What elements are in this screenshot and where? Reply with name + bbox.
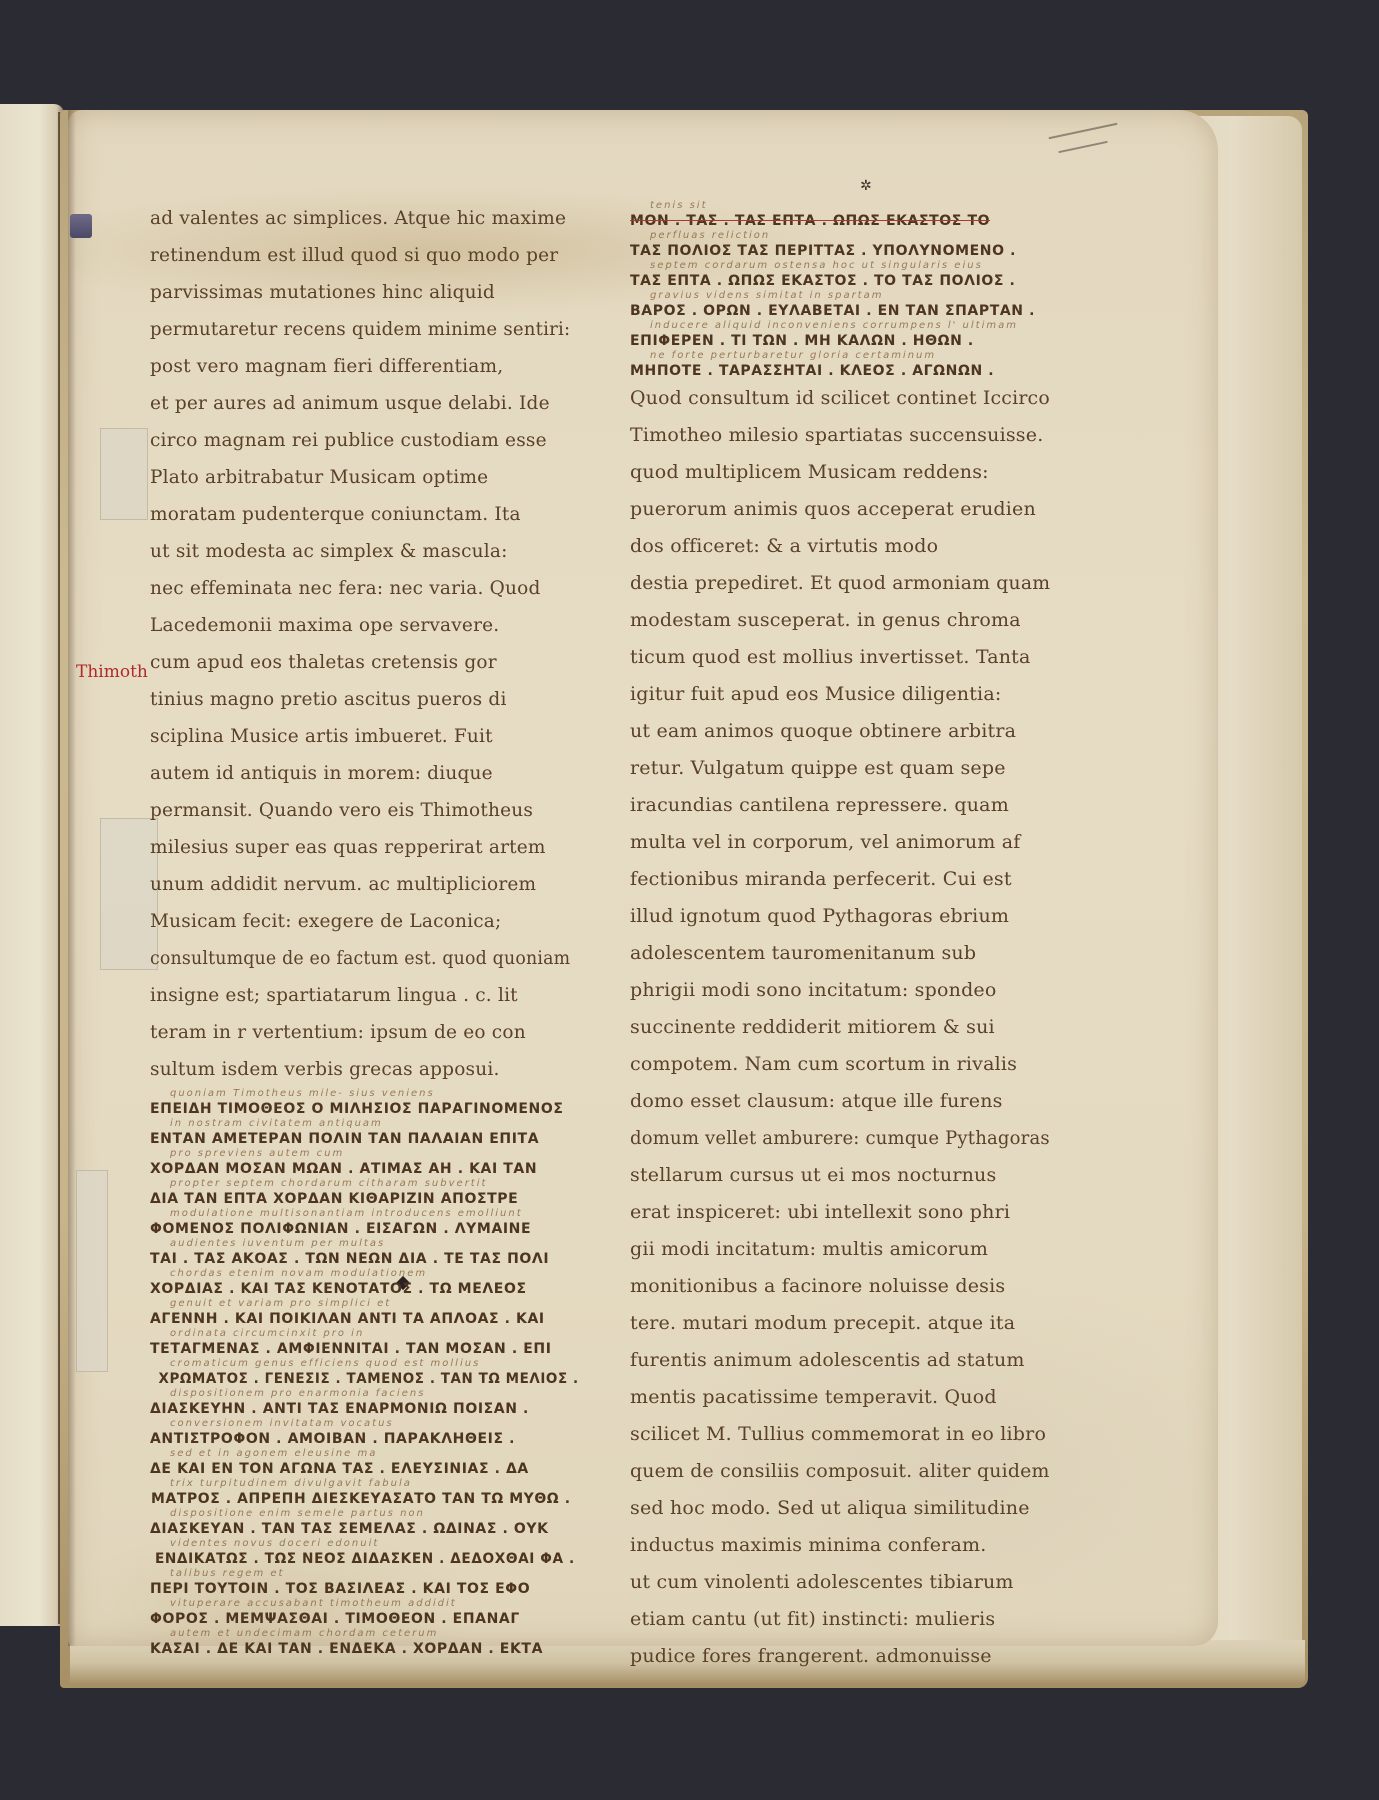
manuscript-line: ut eam animos quoque obtinere arbitra: [630, 713, 1050, 750]
manuscript-line: autem id antiquis in morem: diuque: [150, 755, 570, 792]
interlinear-gloss: dispositionem pro enarmonia faciens: [150, 1388, 570, 1400]
manuscript-line: multa vel in corporum, vel animorum af: [630, 824, 1050, 861]
interlinear-gloss: inducere aliquid inconveniens corrumpens…: [630, 320, 1050, 332]
greek-line: ΕΝΤΑΝ ΑΜΕΤΕΡΑΝ ΠΟΛΙΝ ΤΑΝ ΠΑΛΑΙΑΝ ΕΠΙΤΑ: [150, 1130, 570, 1148]
manuscript-line: nec effeminata nec fera: nec varia. Quod: [150, 570, 570, 607]
manuscript-line: Musicam fecit: exegere de Laconica;: [150, 903, 570, 940]
manuscript-line: ut sit modesta ac simplex & mascula:: [150, 533, 570, 570]
manuscript-line: circo magnam rei publice custodiam esse: [150, 422, 570, 459]
greek-line: ΔΙΑ ΤΑΝ ΕΠΤΑ ΧΟΡΔΑΝ ΚΙΘΑΡΙΖΙΝ ΑΠΟΣΤΡΕ: [150, 1190, 570, 1208]
greek-line: ΑΓΕΝΝΗ . ΚΑΙ ΠΟΙΚΙΛΑΝ ΑΝΤΙ ΤΑ ΑΠΛΟΑΣ . Κ…: [150, 1310, 570, 1328]
manuscript-line: succinente reddiderit mitiorem & sui: [630, 1009, 1050, 1046]
manuscript-line: domum vellet amburere: cumque Pythagoras: [630, 1120, 1050, 1157]
interlinear-gloss: vituperare accusabant timotheum addidit: [150, 1598, 570, 1610]
left-latin-text: ad valentes ac simplices. Atque hic maxi…: [150, 200, 570, 1088]
manuscript-line: Plato arbitrabatur Musicam optime: [150, 459, 570, 496]
manuscript-line: erat inspiceret: ubi intellexit sono phr…: [630, 1194, 1050, 1231]
manuscript-line: quem de consiliis composuit. aliter quid…: [630, 1453, 1050, 1490]
manuscript-line: permutaretur recens quidem minime sentir…: [150, 311, 570, 348]
bookmark-tab: [70, 214, 92, 238]
greek-line: ΠΕΡΙ ΤΟΥΤΟΙΝ . ΤΟΣ ΒΑΣΙΛΕΑΣ . ΚΑΙ ΤΟΣ ΕΦ…: [150, 1580, 570, 1598]
manuscript-line: domo esset clausum: atque ille furens: [630, 1083, 1050, 1120]
interlinear-gloss: videntes novus doceri edonuit: [150, 1538, 570, 1550]
interlinear-gloss: conversionem invitatam vocatus: [150, 1418, 570, 1430]
greek-line: ΚΑΣΑΙ . ΔΕ ΚΑΙ ΤΑΝ . ΕΝΔΕΚΑ . ΧΟΡΔΑΝ . Ε…: [150, 1640, 570, 1658]
manuscript-line: puerorum animis quos acceperat erudien: [630, 491, 1050, 528]
manuscript-line: adolescentem tauromenitanum sub: [630, 935, 1050, 972]
manuscript-line: sultum isdem verbis grecas apposui.: [150, 1051, 570, 1088]
interlinear-gloss: genuit et variam pro simplici et: [150, 1298, 570, 1310]
manuscript-line: unum addidit nervum. ac multipliciorem: [150, 866, 570, 903]
greek-line: ΦΟΡΟΣ . ΜΕΜΨΑΣΘΑΙ . ΤΙΜΟΘΕΟΝ . ΕΠΑΝΑΓ: [150, 1610, 570, 1628]
manuscript-photograph: ✲ Thimoth ad valentes ac simplices. Atqu…: [0, 0, 1379, 1800]
greek-line: ΧΡΩΜΑΤΟΣ . ΓΕΝΕΣΙΣ . ΤΑΜΕΝΟΣ . ΤΑΝ ΤΩ ΜΕ…: [159, 1370, 579, 1388]
interlinear-gloss: pro spreviens autem cum: [150, 1148, 570, 1160]
manuscript-line: gii modi incitatum: multis amicorum: [630, 1231, 1050, 1268]
greek-line: ΜΟΝ . ΤΑΣ . ΤΑΣ ΕΠΤΑ . ΩΠΩΣ ΕΚΑΣΤΟΣ ΤΟ: [630, 212, 1050, 230]
greek-line: ΕΝΔΙΚΑΤΩΣ . ΤΩΣ ΝΕΟΣ ΔΙΔΑΣΚΕΝ . ΔΕΔΟΧΘΑΙ…: [155, 1550, 575, 1568]
facing-page-edge: [0, 104, 64, 1626]
interlinear-gloss: dispositione enim semele partus non: [150, 1508, 570, 1520]
manuscript-line: quod multiplicem Musicam reddens:: [630, 454, 1050, 491]
interlinear-gloss: gravius videns simitat in spartam: [630, 290, 1050, 302]
manuscript-line: modestam susceperat. in genus chroma: [630, 602, 1050, 639]
manuscript-line: teram in r vertentium: ipsum de eo con: [150, 1014, 570, 1051]
manuscript-line: parvissimas mutationes hinc aliquid: [150, 274, 570, 311]
left-greek-passage: quoniam Timotheus mile- sius veniensΕΠΕΙ…: [150, 1088, 570, 1658]
manuscript-line: igitur fuit apud eos Musice diligentia:: [630, 676, 1050, 713]
interlinear-gloss: audientes iuventum per multas: [150, 1238, 570, 1250]
interlinear-gloss: autem et undecimam chordam ceterum: [150, 1628, 570, 1640]
manuscript-line: milesius super eas quas repperirat artem: [150, 829, 570, 866]
left-text-column: ad valentes ac simplices. Atque hic maxi…: [150, 200, 570, 1658]
manuscript-line: retinendum est illud quod si quo modo pe…: [150, 237, 570, 274]
manuscript-line: tere. mutari modum precepit. atque ita: [630, 1305, 1050, 1342]
manuscript-line: compotem. Nam cum scortum in rivalis: [630, 1046, 1050, 1083]
marginal-note: Thimoth: [76, 662, 148, 682]
right-latin-text: Quod consultum id scilicet continet Icci…: [630, 380, 1050, 1675]
greek-line: ΤΑΙ . ΤΑΣ ΑΚΟΑΣ . ΤΩΝ ΝΕΩΝ ΔΙΑ . ΤΕ ΤΑΣ …: [150, 1250, 570, 1268]
interlinear-gloss: perfluas reliction: [630, 230, 1050, 242]
manuscript-line: ad valentes ac simplices. Atque hic maxi…: [150, 200, 570, 237]
greek-line: ΤΑΣ ΕΠΤΑ . ΩΠΩΣ ΕΚΑΣΤΟΣ . ΤΟ ΤΑΣ ΠΟΛΙΟΣ …: [630, 272, 1050, 290]
manuscript-line: retur. Vulgatum quippe est quam sepe: [630, 750, 1050, 787]
manuscript-line: moratam pudenterque coniunctam. Ita: [150, 496, 570, 533]
right-greek-passage: tenis sitΜΟΝ . ΤΑΣ . ΤΑΣ ΕΠΤΑ . ΩΠΩΣ ΕΚΑ…: [630, 200, 1050, 380]
repair-patch: [76, 1170, 108, 1372]
interlinear-gloss: ne forte perturbaretur gloria certaminum: [630, 350, 1050, 362]
greek-line: ΧΟΡΔΑΝ ΜΟΣΑΝ ΜΩΑΝ . ΑΤΙΜΑΣ ΑΗ . ΚΑΙ ΤΑΝ: [150, 1160, 570, 1178]
interlinear-gloss: quoniam Timotheus mile- sius veniens: [150, 1088, 570, 1100]
greek-line: ΧΟΡΔΙΑΣ . ΚΑΙ ΤΑΣ ΚΕΝΟΤΑΤΟΣ . ΤΩ ΜΕΛΕΟΣ: [150, 1280, 570, 1298]
greek-line: ΑΝΤΙΣΤΡΟΦΟΝ . ΑΜΟΙΒΑΝ . ΠΑΡΑΚΛΗΘΕΙΣ .: [150, 1430, 570, 1448]
manuscript-line: etiam cantu (ut fit) instincti: mulieris: [630, 1601, 1050, 1638]
interlinear-gloss: chordas etenim novam modulationem: [150, 1268, 570, 1280]
greek-line: ΔΙΑΣΚΕΥΗΝ . ΑΝΤΙ ΤΑΣ ΕΝΑΡΜΟΝΙΩ ΠΟΙΣΑΝ .: [150, 1400, 570, 1418]
greek-line: ΤΕΤΑΓΜΕΝΑΣ . ΑΜΦΙΕΝΝΙΤΑΙ . ΤΑΝ ΜΟΣΑΝ . Ε…: [150, 1340, 570, 1358]
manuscript-line: Timotheo milesio spartiatas succensuisse…: [630, 417, 1050, 454]
manuscript-line: cum apud eos thaletas cretensis gor: [150, 644, 570, 681]
manuscript-line: fectionibus miranda perfecerit. Cui est: [630, 861, 1050, 898]
manuscript-line: monitionibus a facinore noluisse desis: [630, 1268, 1050, 1305]
manuscript-line: consultumque de eo factum est. quod quon…: [150, 940, 570, 977]
interlinear-gloss: ordinata circumcinxit pro in: [150, 1328, 570, 1340]
greek-line: ΜΗΠΟΤΕ . ΤΑΡΑΣΣΗΤΑΙ . ΚΛΕΟΣ . ΑΓΩΝΩΝ .: [630, 362, 1050, 380]
manuscript-line: stellarum cursus ut ei mos nocturnus: [630, 1157, 1050, 1194]
manuscript-line: dos officeret: & a virtutis modo: [630, 528, 1050, 565]
manuscript-line: furentis animum adolescentis ad statum: [630, 1342, 1050, 1379]
manuscript-line: post vero magnam fieri differentiam,: [150, 348, 570, 385]
repair-patch: [100, 428, 148, 520]
interlinear-gloss: cromaticum genus efficiens quod est moll…: [150, 1358, 570, 1370]
manuscript-line: ticum quod est mollius invertisset. Tant…: [630, 639, 1050, 676]
manuscript-line: phrigii modi sono incitatum: spondeo: [630, 972, 1050, 1009]
manuscript-line: mentis pacatissime temperavit. Quod: [630, 1379, 1050, 1416]
interlinear-gloss: talibus regem et: [150, 1568, 570, 1580]
manuscript-line: iracundias cantilena repressere. quam: [630, 787, 1050, 824]
interlinear-gloss: trix turpitudinem divulgavit fabula: [150, 1478, 570, 1490]
pen-trial-mark: [1058, 141, 1107, 153]
interlinear-gloss: propter septem chordarum citharam subver…: [150, 1178, 570, 1190]
manuscript-line: sed hoc modo. Sed ut aliqua similitudine: [630, 1490, 1050, 1527]
interlinear-gloss: tenis sit: [630, 200, 1050, 212]
interlinear-gloss: in nostram civitatem antiquam: [150, 1118, 570, 1130]
manuscript-line: Quod consultum id scilicet continet Icci…: [630, 380, 1050, 417]
manuscript-line: Lacedemonii maxima ope servavere.: [150, 607, 570, 644]
right-text-column: tenis sitΜΟΝ . ΤΑΣ . ΤΑΣ ΕΠΤΑ . ΩΠΩΣ ΕΚΑ…: [630, 200, 1050, 1675]
greek-line: ΕΠΕΙΔΗ ΤΙΜΟΘΕΟΣ Ο ΜΙΛΗΣΙΟΣ ΠΑΡΑΓΙΝΟΜΕΝΟΣ: [150, 1100, 570, 1118]
greek-line: ΦΟΜΕΝΟΣ ΠΟΛΙΦΩΝΙΑΝ . ΕΙΣΑΓΩΝ . ΛΥΜΑΙΝΕ: [150, 1220, 570, 1238]
manuscript-line: et per aures ad animum usque delabi. Ide: [150, 385, 570, 422]
manuscript-line: pudice fores frangerent. admonuisse: [630, 1638, 1050, 1675]
manuscript-line: scilicet M. Tullius commemorat in eo lib…: [630, 1416, 1050, 1453]
greek-line: ΕΠΙΦΕΡΕΝ . ΤΙ ΤΩΝ . ΜΗ ΚΑΛΩΝ . ΗΘΩΝ .: [630, 332, 1050, 350]
manuscript-line: ut cum vinolenti adolescentes tibiarum: [630, 1564, 1050, 1601]
greek-line: ΒΑΡΟΣ . ΟΡΩΝ . ΕΥΛΑΒΕΤΑΙ . ΕΝ ΤΑΝ ΣΠΑΡΤΑ…: [630, 302, 1050, 320]
greek-line: ΜΑΤΡΟΣ . ΑΠΡΕΠΗ ΔΙΕΣΚΕΥΑΣΑΤΟ ΤΑΝ ΤΩ ΜΥΘΩ…: [151, 1490, 571, 1508]
manuscript-line: permansit. Quando vero eis Thimotheus: [150, 792, 570, 829]
manuscript-line: destia prepediret. Et quod armoniam quam: [630, 565, 1050, 602]
manuscript-line: inductus maximis minima conferam.: [630, 1527, 1050, 1564]
interlinear-gloss: septem cordarum ostensa hoc ut singulari…: [630, 260, 1050, 272]
greek-line: ΔΕ ΚΑΙ ΕΝ ΤΟΝ ΑΓΩΝΑ ΤΑΣ . ΕΛΕΥΣΙΝΙΑΣ . Δ…: [150, 1460, 570, 1478]
greek-line: ΔΙΑΣΚΕΥΑΝ . ΤΑΝ ΤΑΣ ΣΕΜΕΛΑΣ . ΩΔΙΝΑΣ . Ο…: [150, 1520, 570, 1538]
folio-mark: ✲: [860, 178, 872, 194]
interlinear-gloss: modulatione multisonantiam introducens e…: [150, 1208, 570, 1220]
interlinear-gloss: sed et in agonem eleusine ma: [150, 1448, 570, 1460]
manuscript-line: sciplina Musice artis imbueret. Fuit: [150, 718, 570, 755]
manuscript-line: illud ignotum quod Pythagoras ebrium: [630, 898, 1050, 935]
greek-line: ΤΑΣ ΠΟΛΙΟΣ ΤΑΣ ΠΕΡΙΤΤΑΣ . ΥΠΟΛΥΝΟΜΕΝΟ .: [630, 242, 1050, 260]
manuscript-line: tinius magno pretio ascitus pueros di: [150, 681, 570, 718]
manuscript-line: insigne est; spartiatarum lingua . c. li…: [150, 977, 570, 1014]
pen-trial-mark: [1049, 123, 1118, 140]
